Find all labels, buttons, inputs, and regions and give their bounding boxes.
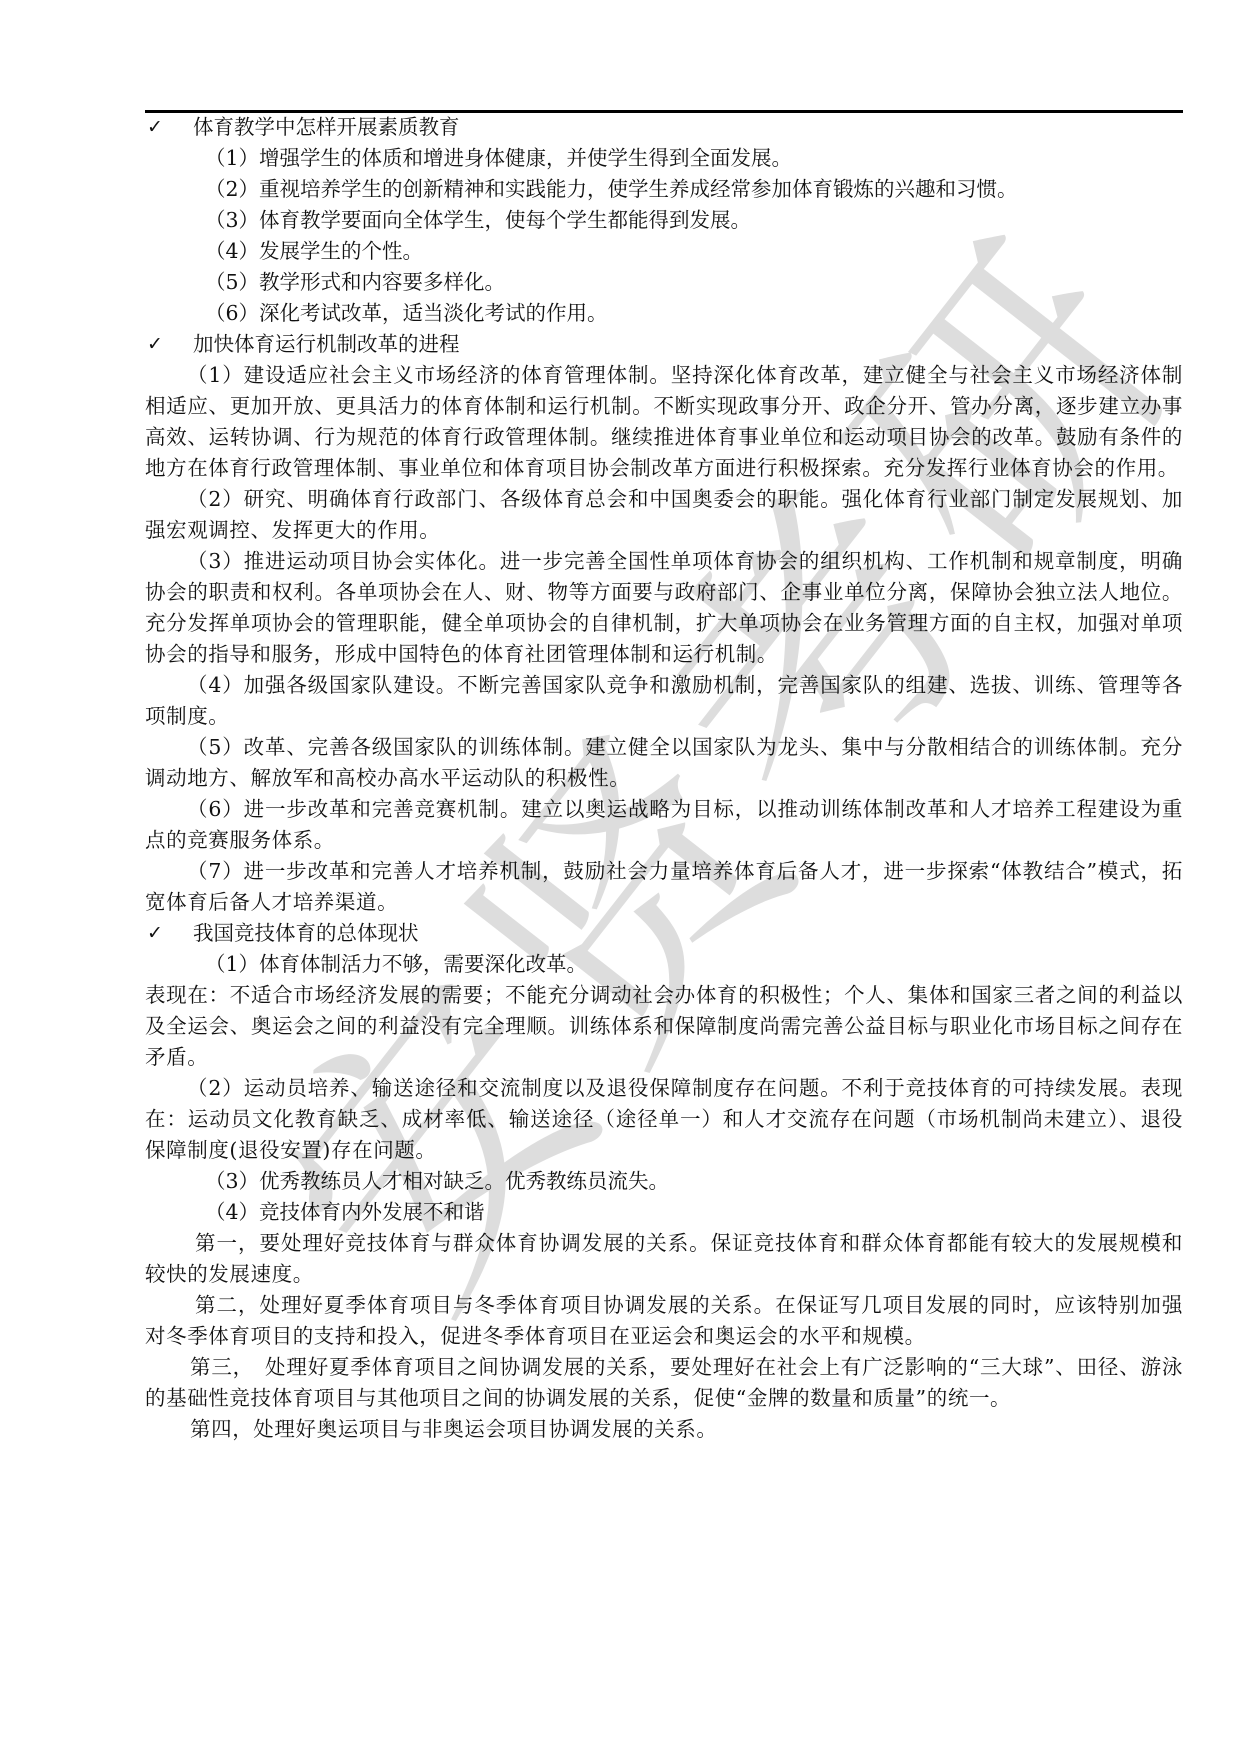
paragraph: （7）进一步改革和完善人才培养机制，鼓励社会力量培养体育后备人才，进一步探索“体… [145,856,1183,918]
list-item: （6）深化考试改革，适当淡化考试的作用。 [145,298,1183,329]
heading-text: 体育教学中怎样开展素质教育 [193,115,460,139]
list-item: （4）竞技体育内外发展不和谐 [145,1197,1183,1228]
section-heading-mechanism-reform: ✓ 加快体育运行机制改革的进程 [145,329,1183,360]
checkmark-icon: ✓ [147,112,163,143]
section-heading-quality-education: ✓ 体育教学中怎样开展素质教育 [145,112,1183,143]
paragraph-point: 第二，处理好夏季体育项目与冬季体育项目协调发展的关系。在保证写几项目发展的同时，… [145,1290,1183,1352]
paragraph: （3）推进运动项目协会实体化。进一步完善全国性单项体育协会的组织机构、工作机制和… [145,546,1183,670]
paragraph: （1）建设适应社会主义市场经济的体育管理体制。坚持深化体育改革，建立健全与社会主… [145,360,1183,484]
list-item: （3）体育教学要面向全体学生，使每个学生都能得到发展。 [145,205,1183,236]
checkmark-icon: ✓ [147,918,163,949]
list-item: （4）发展学生的个性。 [145,236,1183,267]
heading-text: 我国竞技体育的总体现状 [193,921,419,945]
paragraph: 表现在：不适合市场经济发展的需要；不能充分调动社会办体育的积极性；个人、集体和国… [145,980,1183,1073]
paragraph: （6）进一步改革和完善竞赛机制。建立以奥运战略为目标，以推动训练体制改革和人才培… [145,794,1183,856]
paragraph: （2）研究、明确体育行政部门、各级体育总会和中国奥委会的职能。强化体育行业部门制… [145,484,1183,546]
paragraph-point: 第三， 处理好夏季体育项目之间协调发展的关系，要处理好在社会上有广泛影响的“三大… [145,1352,1183,1414]
checkmark-icon: ✓ [147,329,163,360]
paragraph: （4）加强各级国家队建设。不断完善国家队竞争和激励机制，完善国家队的组建、选拔、… [145,670,1183,732]
list-item: （5）教学形式和内容要多样化。 [145,267,1183,298]
list-item: （2）重视培养学生的创新精神和实践能力，使学生养成经常参加体育锻炼的兴趣和习惯。 [145,174,1183,205]
list-item: （1）体育体制活力不够，需要深化改革。 [145,949,1183,980]
paragraph-point: 第四，处理好奥运项目与非奥运会项目协调发展的关系。 [145,1414,1183,1445]
paragraph: （5）改革、完善各级国家队的训练体制。建立健全以国家队为龙头、集中与分散相结合的… [145,732,1183,794]
document-body: ✓ 体育教学中怎样开展素质教育 （1）增强学生的体质和增进身体健康，并使学生得到… [145,112,1183,1445]
heading-text: 加快体育运行机制改革的进程 [193,332,460,356]
document-page: 安贤考研 ✓ 体育教学中怎样开展素质教育 （1）增强学生的体质和增进身体健康，并… [0,0,1241,1754]
paragraph: （2）运动员培养、输送途径和交流制度以及退役保障制度存在问题。不利于竞技体育的可… [145,1073,1183,1166]
list-item: （3）优秀教练员人才相对缺乏。优秀教练员流失。 [145,1166,1183,1197]
paragraph-point: 第一，要处理好竞技体育与群众体育协调发展的关系。保证竞技体育和群众体育都能有较大… [145,1228,1183,1290]
list-item: （1）增强学生的体质和增进身体健康，并使学生得到全面发展。 [145,143,1183,174]
section-heading-competitive-sports-status: ✓ 我国竞技体育的总体现状 [145,918,1183,949]
